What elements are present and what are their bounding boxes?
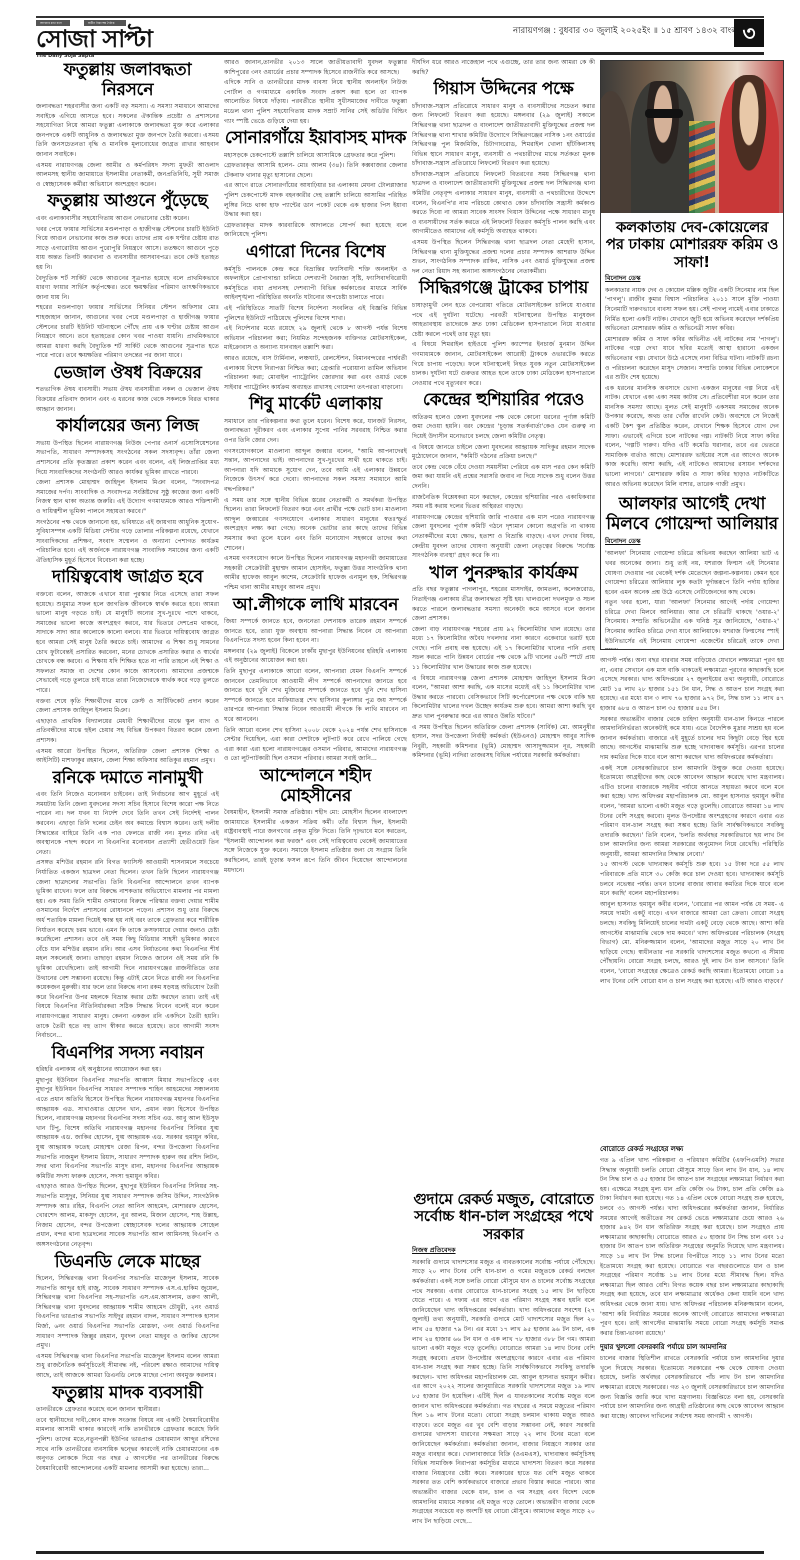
bottom-feature-right: বোরোতে রেকর্ড সংগ্রহের লক্ষ্য গত ৯ এপ্রি… (600, 1140, 784, 1548)
article-headline: ভেজাল ঔষধ বিক্রয়ের (36, 364, 219, 384)
article-headline: গিয়াস উদ্দিনের পক্ষে (412, 80, 595, 100)
article-paragraph: শহরের মণ্ডলপাড়া ফায়ার সার্ভিসের সিনিয়… (36, 303, 219, 361)
article-body: হরিহরি এলাকায় এই অনুষ্ঠানের আয়োজন করা … (36, 1065, 219, 1249)
article-headline: ফতুল্লায় মাদক ব্যবসায়ী (36, 1384, 219, 1404)
photo-figure-actress (719, 75, 779, 213)
entertainment-box: কলকাতায় দেব-কোয়েলের পর ঢাকায় মোশাররফ … (600, 60, 784, 650)
article-paragraph: গ্রেফতারকৃত মাদক কারবারিকে আদালতে সোপর্দ… (224, 221, 407, 240)
article-paragraph: এ বিষয়ে জানতে চাইলে জেলা যুবদলের আহ্বায… (412, 443, 595, 462)
article-body: চালের বাজার স্থিতিশীল রাখতে বেসরকারি পর্… (600, 1354, 784, 1421)
article-subhead: দুয়ার খুললো বেসরকারি পর্যায়ে চাল আমদান… (600, 1341, 784, 1353)
article-paragraph: দীর্ঘদিন ধরে আরও নাজেহাল পথে এগুচ্ছে, তা… (412, 58, 595, 77)
article-byline: নিজস্ব প্রতিবেদক (412, 1245, 595, 1256)
article-paragraph: এসময় আরো উপস্থিত ছিলেন, অতিরিক্ত জেলা প… (36, 747, 219, 766)
article-paragraph: নতুন খবর হলো, যারা 'আলফা' সিনেমার আগেই প… (605, 598, 779, 650)
photo-figure-actor (631, 81, 695, 213)
article-paragraph: এদিকে সানি ও তানভীরের মাদক ব্যবসা নিয়ে … (224, 78, 407, 126)
article-body: সরকারি গুদামে খাদ্যশস্যের মজুত এ বাবতকাল… (412, 1258, 595, 1527)
article-paragraph: মোশাররফ করিম ও সাফা কবির অভিনীত এই নাটকে… (605, 335, 779, 383)
article-headline: কার্যালয়ের জন্য লিজ (36, 417, 219, 437)
article-paragraph: চাঁদাবাজ-সন্ত্রাস প্রতিরোধে সাধারণ মানুষ… (412, 102, 595, 169)
article-body: দীর্ঘদিন ধরে আরও নাজেহাল পথে এগুচ্ছে, তা… (412, 58, 595, 77)
article-body: সমাধানে তার পরিকল্পনার কথা তুলে ধরেন। বি… (224, 417, 407, 593)
article-paragraph: এর আগে রাতে সোনারগাঁয়ের আষাঢ়িয়ার চর এ… (224, 181, 407, 219)
column-2: আরও জানান,তানভীর ২০১৩ সালে জাতীয়তাবাদী … (224, 58, 407, 1548)
article-paragraph: নারায়ণগঞ্জে কেন্দ্রের হুশিয়ারি জারি পা… (412, 513, 595, 561)
article-paragraph: এই পরিস্থিতিতে সাতটি বিশেষ নির্দেশনা সংব… (224, 304, 407, 323)
article-paragraph: আরও রয়েছে, বাস টার্মিনাল, লঞ্চঘাট, রেলস… (224, 354, 407, 392)
article-headline: গুদামে রেকর্ড মজুত, বোরোতে সর্বোচ্চ ধান-… (412, 1191, 595, 1243)
article-paragraph: এ সময় তার সঙ্গে স্থানীয় বিভিন্ন স্তরের… (224, 496, 407, 554)
article-paragraph: চাষাড়ামুখী লেন হতে বেপরোয়া গতিতে মোটরস… (412, 301, 595, 339)
article-headline: সিদ্ধিরগঞ্জে ট্রাকের চাপায় (412, 279, 595, 299)
article-paragraph: মঙ্গলবার (২৯ জুলাই) বিকেলে ঢাকাঁয় মুছাপ… (224, 647, 407, 666)
article-headline: রনিকে দমাতে নানামুখী (36, 769, 219, 789)
article-paragraph: এ বিষয়ে নারায়ণগঞ্জ জেলা প্রশাসক মোহাম্… (412, 674, 595, 722)
article-paragraph: ছিলেন, সিদ্ধিরগঞ্জ থানা বিএনপির সভাপতি ম… (36, 1274, 219, 1351)
article-paragraph: তবে স্থানীয়দের দাবী,কোন মাদক সংক্রান্ত … (36, 1416, 219, 1474)
article-paragraph: চাঁদাবাজ-সন্ত্রাস প্রতিরোধে লিফলেট বিতরণ… (412, 170, 595, 237)
article-byline: বিনোদন ডেস্ক (605, 273, 779, 284)
article-paragraph: তানভীরকে গ্রেফতার করেছে বলে জানান স্থানী… (36, 1405, 219, 1415)
article-body: ছিলেন, সিদ্ধিরগঞ্জ থানা বিএনপির সভাপতি ম… (36, 1274, 219, 1381)
article-paragraph: এছাড়াও আরও উপস্থিত ছিলেন, মুছাপুর ইউনিয… (36, 1182, 219, 1249)
article-paragraph: জিয়া সম্পর্কে জানতে হবে, জননেতা দেশনায়… (224, 617, 407, 646)
article-paragraph: শতভাগিক ঔষধ ব্যবসায়ী। সভায় ঔষধ ব্যবসায… (36, 385, 219, 414)
article-body: 'আলফা' সিনেমায় গোয়েন্দা চরিত্রে অভিনয়… (605, 549, 779, 650)
photo-background-stripes (689, 121, 715, 213)
bottom-feature: গুদামে রেকর্ড মজুত, বোরোতে সর্বোচ্চ ধান-… (412, 1188, 595, 1548)
article-paragraph: সরকার অভ্যন্তরীণ বাজার থেকে চাহিদা অনুযা… (600, 715, 784, 763)
article-headline: শিবু মার্কেট এলাকায় (224, 395, 407, 415)
article-paragraph: বক্তব্যে বলেন, আজকে এখানে যারা পুরস্কার … (36, 590, 219, 696)
column-3: দীর্ঘদিন ধরে আরও নাজেহাল পথে এগুচ্ছে, তা… (412, 58, 595, 1138)
article-paragraph: বৈষম্যহীন, ইসলামী সমাজ প্রতিষ্ঠার। শহীদ … (224, 808, 407, 875)
article-headline: আন্দোলনে শহীদ মোহসীনের (224, 767, 407, 806)
article-paragraph: বক্তব্য শেষে কৃতি শিক্ষার্থীদের মাঝে ক্র… (36, 697, 219, 716)
article-body: কলকাতার নায়ক দেব ও কোয়েল মল্লিক জুটির … (605, 286, 779, 489)
article-paragraph: রাজনৈতিক বিশ্লেষকরা মনে করছেন, কেন্দ্রের… (412, 493, 595, 512)
article-paragraph: চালের বাজার স্থিতিশীল রাখতে বেসরকারি পর্… (600, 1354, 784, 1421)
article-paragraph: মুছাপুর ইউনিয়ন বিএনপির সভাপতি আব্বাস মি… (36, 1076, 219, 1182)
article-paragraph: গণসংযোগকালে মাওলানা আব্দুল জব্বার বলেন, … (224, 447, 407, 495)
column-4-continued: আগস্ট পর্যন্ত। অন্য বছর বারবার সময় বাড়… (600, 656, 784, 1140)
article-paragraph: আগস্ট পর্যন্ত। অন্য বছর বারবার সময় বাড়… (600, 656, 784, 714)
article-headline: আলফার আগেই দেখা মিলবে গোয়েন্দা আলিয়ার (605, 495, 779, 534)
article-paragraph: এবং তিনি নিজেও মনোনয়ন চাইবেন। তাই নির্ব… (36, 790, 219, 857)
film-still-photo (601, 61, 783, 213)
article-paragraph: জেলা প্রশাসক মোহাম্মদ জাহিদুল ইসলাম মিঞা… (36, 478, 219, 516)
article-paragraph: প্রসঙ্গত মশিউর রহমান রনি বিগত ফ্যাসিস্ট … (36, 858, 219, 1040)
article-headline: ফতুল্লায় আগুনে পুঁড়েছে (36, 192, 219, 212)
article-body: গত ৯ এপ্রিল খাদ্য পরিকল্পনা ও পরিধারণ কম… (600, 1156, 784, 1338)
photo-figure (600, 91, 631, 213)
page-bottom-rule (36, 1551, 764, 1554)
article-paragraph: বৈদ্যুতিক শর্ট সার্কিট থেকে আগুনের সূত্র… (36, 274, 219, 303)
article-paragraph: তিনি আরো বলেন শেখ হাসিনা ২০০৮ থেকে ২০২৪ … (224, 726, 407, 764)
masthead: আপনার কথা বলে স্বাধীন নিরপেক্ষ দৈনিক সোজ… (36, 20, 236, 62)
article-paragraph: একই সঙ্গে বেসরকারিভাবে চাল আমদানি উন্মুক… (600, 764, 784, 860)
article-headline: এগারো দিনের বিশেষ (224, 243, 407, 263)
sunglasses-icon (645, 109, 683, 118)
article-paragraph: কর্মসূচি পালনকে কেন্দ্র করে বিভ্রান্তির … (224, 265, 407, 303)
article-headline: ডিএনডি লেকে মাছের (36, 1253, 219, 1273)
article-paragraph: হরিহরি এলাকায় এই অনুষ্ঠানের আয়োজন করা … (36, 1065, 219, 1075)
article-byline: বিনোদন ডেস্ক (605, 536, 779, 547)
article-body: সভায় উপস্থিত ছিলেন নারায়ণগঞ্জ নিউজ পেপ… (36, 439, 219, 566)
article-paragraph: সরকারি গুদামে খাদ্যশস্যের মজুত এ বাবতকাল… (412, 1258, 595, 1527)
article-headline: দায়িত্ববোধ জাগ্রত হবে (36, 568, 219, 588)
article-paragraph: এছাড়াও প্রাথমিক বিদ্যালয়ের মেধাবী শিক্… (36, 717, 219, 746)
article-paragraph: প্রতি বছর ফতুল্লার পাগলাপুর, শহরের মাসদা… (412, 585, 595, 623)
article-paragraph: গ্রেফতারকৃত আসামি হলেন- মোঃ আলম (৩৪)। তি… (224, 161, 407, 180)
article-headline: কলকাতায় দেব-কোয়েলের পর ঢাকায় মোশাররফ … (605, 219, 779, 271)
article-paragraph: আবুল হাসনাত হুমায়ুন কবীর বলেন, 'বোরোর প… (600, 900, 784, 986)
article-body: চাষাড়ামুখী লেন হতে বেপরোয়া গতিতে মোটরস… (412, 301, 595, 388)
article-paragraph: সমাধানে তার পরিকল্পনার কথা তুলে ধরেন। বি… (224, 417, 407, 446)
article-body: মহাসড়কে চেকপোস্টে তল্লাশি চালিয়ে আসামি… (224, 151, 407, 240)
dateline: নারায়ণগঞ্জ : বুধবার ৩০ জুলাই ২০২৫ইং ॥ ১… (440, 24, 740, 38)
article-paragraph: ১৫ আগস্ট থেকে খাদ্যবান্ধব কর্মসূচি শুরু … (600, 860, 784, 898)
article-paragraph: সভায় উপস্থিত ছিলেন নারায়ণগঞ্জ নিউজ পেপ… (36, 439, 219, 477)
article-paragraph: তবে কেন্দ্র থেকে বেঁধে দেওয়া সময়সীমা প… (412, 463, 595, 492)
article-paragraph: এসময় গণসংযোগ কালে উপস্থিত ছিলেন নারায়ণ… (224, 554, 407, 592)
article-subhead: বোরোতে রেকর্ড সংগ্রহের লক্ষ্য (600, 1143, 784, 1155)
article-body: জলাবদ্ধতা শহরবাসীর জন্য একটি বড় সমস্যা।… (36, 102, 219, 189)
article-paragraph: 'আলফা' সিনেমায় গোয়েন্দা চরিত্রে অভিনয়… (605, 549, 779, 597)
top-rule (36, 16, 764, 18)
page-number-badge: ৩ (734, 19, 764, 47)
article-body: বৈষম্যহীন, ইসলামী সমাজ প্রতিষ্ঠার। শহীদ … (224, 808, 407, 875)
article-paragraph: এবং এলাকাবাসীর সহযোগিতায় আগুন নেভানোর চ… (36, 214, 219, 224)
article-body: এবং তিনি নিজেও মনোনয়ন চাইবেন। তাই নির্ব… (36, 790, 219, 1040)
article-paragraph: জেলা বাড় নারায়ণগঞ্জ শহরের প্রায় ৯২ কি… (412, 625, 595, 673)
article-body: তানভীরকে গ্রেফতার করেছে বলে জানান স্থানী… (36, 1405, 219, 1473)
article-body: আরও জানান,তানভীর ২০১৩ সালে জাতীয়তাবাদী … (224, 58, 407, 126)
article-headline: ফতুল্লায় জলাবদ্ধতা নিরসনে (36, 61, 219, 100)
article-body: আগস্ট পর্যন্ত। অন্য বছর বারবার সময় বাড়… (600, 656, 784, 986)
article-body: প্রতি বছর ফতুল্লার পাগলাপুর, শহরের মাসদা… (412, 585, 595, 761)
article-body: জিয়া সম্পর্কে জানতে হবে, জননেতা দেশনায়… (224, 617, 407, 764)
article-headline: খাল পুনরুদ্ধার কার্যক্রম (412, 564, 595, 584)
article-body: অতিক্রম হলেও জেলা যুবদলের পক্ষ থেকে কোনো… (412, 413, 595, 561)
article-paragraph: এই নির্দেশনার মধ্যে রয়েছে ২৯ জুলাই থেকে… (224, 324, 407, 353)
article-paragraph: এক ধরনের মানসিক অবসাদে ভোগা একজন মানুষের… (605, 384, 779, 490)
newspaper-logo: সোজা সাপ্টা (36, 27, 236, 51)
article-headline: সোনারগাঁয়ে ইয়াবাসহ মাদক (224, 129, 407, 149)
article-paragraph: কলকাতার নায়ক দেব ও কোয়েল মল্লিক জুটির … (605, 286, 779, 334)
article-paragraph: অতিক্রম হলেও জেলা যুবদলের পক্ষ থেকে কোনো… (412, 413, 595, 442)
article-paragraph: জলাবদ্ধতা শহরবাসীর জন্য একটি বড় সমস্যা।… (36, 102, 219, 160)
article-body: কর্মসূচি পালনকে কেন্দ্র করে বিভ্রান্তির … (224, 265, 407, 393)
article-paragraph: খবর পেয়ে ফায়ার সার্ভিসের মণ্ডলপাড়া ও … (36, 225, 219, 273)
column-1: ফতুল্লায় জলাবদ্ধতা নিরসনেজলাবদ্ধতা শহরব… (36, 58, 219, 1548)
article-body: চাঁদাবাজ-সন্ত্রাস প্রতিরোধে সাধারণ মানুষ… (412, 102, 595, 277)
article-headline: বিএনপির সদস্য নবায়ন (36, 1044, 219, 1064)
article-paragraph: এ সময় উপস্থিত ছিলেন অতিরিক্ত জেলা প্রশা… (412, 723, 595, 761)
article-paragraph: এ বিষয়ে শিমরাইল হাইওয়ে পুলিশ ক্যাম্পের… (412, 340, 595, 388)
article-headline: কেন্দ্রের হুশিয়ারির পরেও (412, 391, 595, 411)
article-paragraph: আরও জানান,তানভীর ২০১৩ সালে জাতীয়তাবাদী … (224, 58, 407, 77)
article-body: এবং এলাকাবাসীর সহযোগিতায় আগুন নেভানোর চ… (36, 214, 219, 361)
article-paragraph: এসময় উপস্থিত ছিলেন সিদ্ধিরগঞ্জ থানা ছাত… (412, 238, 595, 276)
article-paragraph: এসময় সিদ্ধিরগঞ্জ থানা বিএনপির সভাপতি মা… (36, 1352, 219, 1381)
masthead-divider (36, 52, 764, 55)
article-body: শতভাগিক ঔষধ ব্যবসায়ী। সভায় ঔষধ ব্যবসায… (36, 385, 219, 414)
article-paragraph: গত ৯ এপ্রিল খাদ্য পরিকল্পনা ও পরিধারণ কম… (600, 1156, 784, 1338)
article-paragraph: এসময় নারায়ণগঞ্জ জেলা আমীর ও কর্মপরিষদ … (36, 161, 219, 190)
article-paragraph: সংগঠনের পক্ষ থেকে জানানো হয়, ভবিষ্যতে এ… (36, 518, 219, 566)
article-paragraph: তিনি মুছাপুর এলাকাকে আরো বলেন, আপনারা যে… (224, 667, 407, 725)
article-body: বক্তব্যে বলেন, আজকে এখানে যারা পুরস্কার … (36, 590, 219, 766)
article-headline: আ.লীগকে লাথি মারবেন (224, 596, 407, 616)
article-paragraph: মহাসড়কে চেকপোস্টে তল্লাশি চালিয়ে আসামি… (224, 151, 407, 161)
